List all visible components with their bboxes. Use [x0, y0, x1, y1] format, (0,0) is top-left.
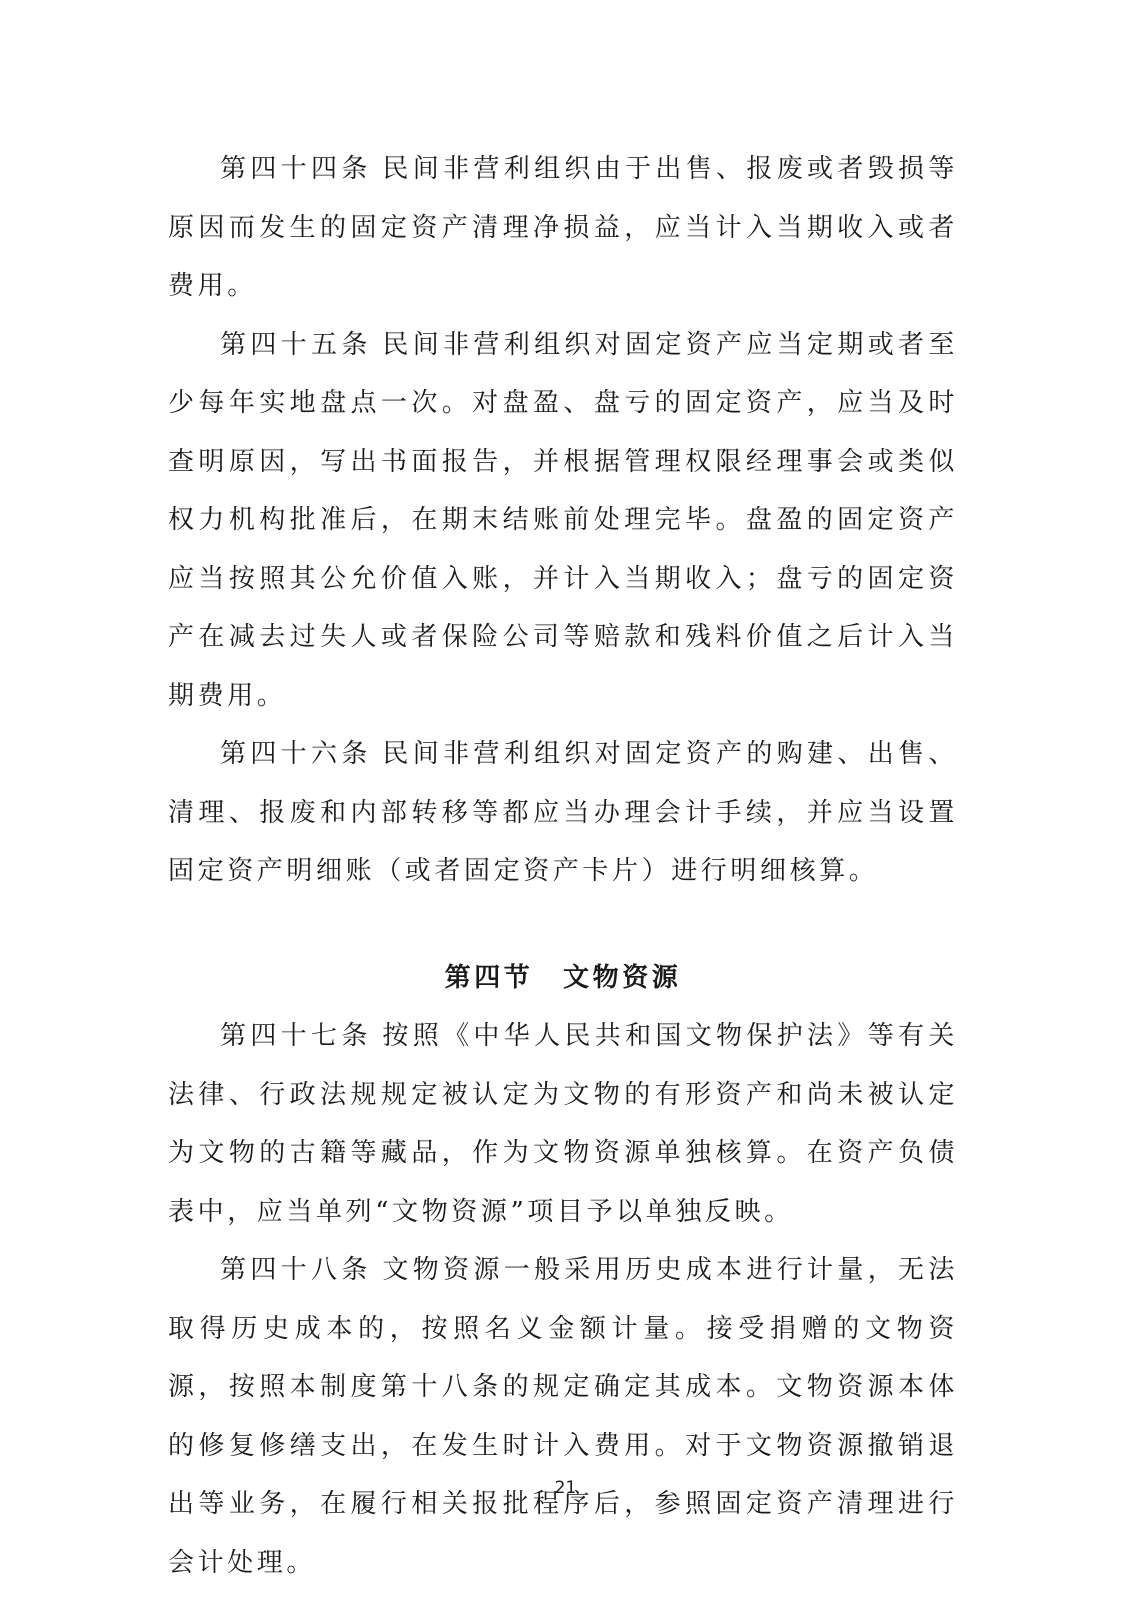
page-number: 21 [0, 1478, 1131, 1498]
section-title: 第四节 文物资源 [168, 949, 958, 1008]
document-page: 第四十四条民间非营利组织由于出售、报废或者毁损等原因而发生的固定资产清理净损益，… [168, 140, 958, 1592]
article-45-text: 民间非营利组织对固定资产应当定期或者至少每年实地盘点一次。对盘盈、盘亏的固定资产… [168, 330, 958, 711]
article-48-paragraph: 第四十八条文物资源一般采用历史成本进行计量，无法取得历史成本的，按照名义金额计量… [168, 1241, 958, 1592]
article-46-paragraph: 第四十六条民间非营利组织对固定资产的购建、出售、清理、报废和内部转移等都应当办理… [168, 725, 958, 901]
article-44-paragraph: 第四十四条民间非营利组织由于出售、报废或者毁损等原因而发生的固定资产清理净损益，… [168, 140, 958, 316]
article-48-label: 第四十八条 [220, 1255, 372, 1285]
article-48-text: 文物资源一般采用历史成本进行计量，无法取得历史成本的，按照名义金额计量。接受捐赠… [168, 1255, 958, 1578]
article-47-label: 第四十七条 [220, 1021, 372, 1051]
article-46-label: 第四十六条 [220, 739, 372, 769]
article-47-paragraph: 第四十七条按照《中华人民共和国文物保护法》等有关法律、行政法规规定被认定为文物的… [168, 1007, 958, 1241]
article-45-label: 第四十五条 [220, 330, 372, 360]
article-44-label: 第四十四条 [220, 154, 372, 184]
article-45-paragraph: 第四十五条民间非营利组织对固定资产应当定期或者至少每年实地盘点一次。对盘盈、盘亏… [168, 316, 958, 726]
article-47-text: 按照《中华人民共和国文物保护法》等有关法律、行政法规规定被认定为文物的有形资产和… [168, 1021, 958, 1227]
